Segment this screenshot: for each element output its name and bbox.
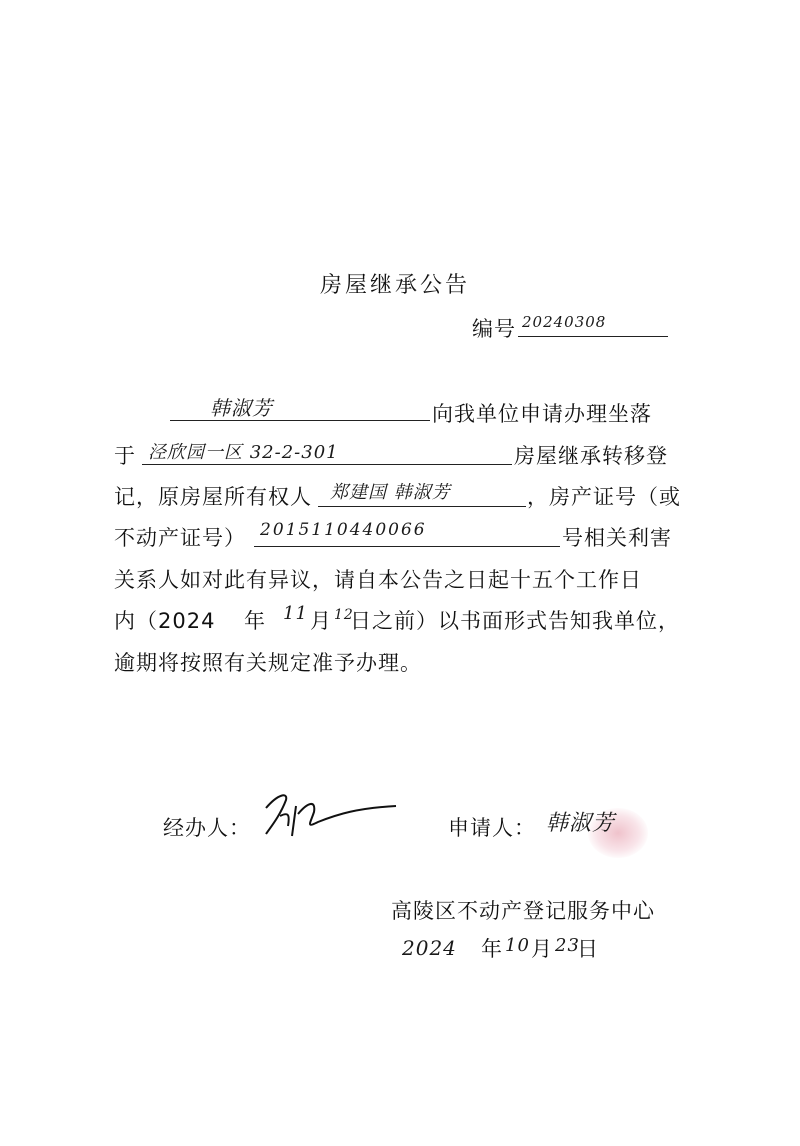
number-value: 20240308 [522, 313, 606, 331]
line6-month-unit: 月 [310, 605, 332, 635]
original-owners-handwritten: 郑建国 韩淑芳 [330, 478, 451, 504]
handler-label: 经办人： [163, 812, 251, 842]
owners-underline [318, 506, 526, 507]
applicant-underline [170, 420, 430, 421]
location-handwritten: 泾欣园一区 32-2-301 [148, 438, 339, 464]
certificate-underline [254, 546, 560, 547]
date-month-unit: 月 [531, 933, 553, 963]
number-label: 编号 [472, 313, 516, 343]
line3-suffix: ，房产证号（或 [527, 481, 681, 511]
date-year-handwritten: 2024 [402, 936, 457, 960]
line2-prefix: 于 [114, 440, 136, 470]
date-day-unit: 日 [577, 933, 599, 963]
deadline-month-handwritten: 11 [283, 603, 308, 624]
number-underline [518, 336, 668, 337]
applicant-signature: 韩淑芳 [546, 806, 615, 837]
issuer-name: 高陵区不动产登记服务中心 [391, 895, 655, 925]
document-title: 房屋继承公告 [320, 268, 470, 299]
line6-year-unit: 年 [244, 605, 266, 635]
line1-suffix: 向我单位申请办理坐落 [432, 398, 652, 428]
line6-suffix: 日之前）以书面形式告知我单位， [350, 605, 680, 635]
applicant-label: 申请人： [448, 812, 536, 842]
line6-prefix: 内（2024 [114, 605, 215, 635]
handler-signature [258, 786, 408, 846]
certificate-number-handwritten: 2015110440066 [260, 520, 427, 540]
line4-suffix: 号相关利害 [562, 522, 672, 552]
applicant-name-handwritten: 韩淑芳 [210, 392, 273, 421]
location-underline [142, 464, 512, 465]
line7: 逾期将按照有关规定准予办理。 [114, 647, 422, 677]
line4-prefix: 不动产证号） [114, 522, 246, 552]
line3-prefix: 记，原房屋所有权人 [114, 481, 312, 511]
line5: 关系人如对此有异议，请自本公告之日起十五个工作日 [114, 564, 642, 594]
date-year-unit: 年 [481, 933, 503, 963]
date-month-handwritten: 10 [505, 935, 530, 956]
line2-suffix: 房屋继承转移登 [514, 440, 668, 470]
